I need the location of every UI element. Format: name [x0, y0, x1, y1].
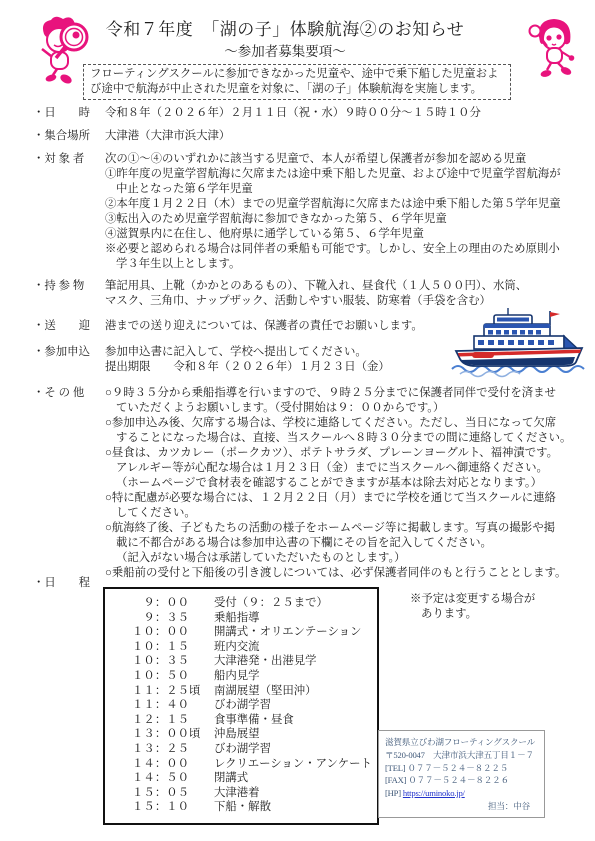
text-line: アレルギー等が心配な場合は１月２３日（金）までに当スクールへ御連絡ください。	[105, 461, 581, 476]
text-line: 提出期限 令和８年（２０２６年）１月２３日（金）	[105, 360, 581, 375]
text-line: ※必要と認められる場合は同伴者の乗船も可能です。しかし、安全上の理由のため原則小	[105, 242, 581, 257]
schedule-time: １３：２５	[131, 742, 189, 757]
schedule-time-suffix: 頃	[189, 684, 202, 699]
schedule-time: ９：３５	[131, 611, 189, 626]
section-label: ・参加申込	[33, 345, 105, 375]
text-line: ○特に配慮が必要な場合には、１２月２２日（月）までに学校を通じて当スクールに連絡	[105, 491, 581, 506]
text-line: ①昨年度の児童学習航海に欠席または途中乗下船した児童、および途中で児童学習航海が	[105, 167, 581, 182]
contact-name: 滋賀県立びわ湖フローティングスクール	[385, 736, 538, 749]
text-line: 載に不都合がある場合は参加申込書の下欄にその旨を記入してください。	[105, 536, 581, 551]
schedule-time-suffix: 頃	[189, 727, 202, 742]
text-line: 学３年生以上とします。	[105, 257, 581, 272]
page-subtitle: ～参加者募集要項～	[75, 40, 495, 60]
text-line: 次の①～④のいずれかに該当する児童で、本人が希望し保護者が参加を認める児童	[105, 152, 581, 167]
contact-address: 〒520-0047 大津市浜大津五丁目１－７	[385, 749, 538, 762]
schedule-time-suffix	[189, 654, 202, 669]
text-line: 大津港（大津市浜大津）	[105, 129, 581, 144]
schedule-table: ９：００受付（９：２５まで） ９：３５乗船指導 １０：００開講式・オリエンテーシ…	[103, 587, 379, 825]
schedule-row: ９：３５乗船指導	[131, 611, 377, 626]
text-line: ○昼食は、カツカレー（ポークカツ）、ポテトサラダ、プレーンヨーグルト、福神漬です…	[105, 446, 581, 461]
schedule-time-suffix	[189, 713, 202, 728]
schedule-activity: レクリエーション・アンケート	[214, 757, 372, 772]
section-label: ・日 程	[33, 576, 105, 591]
schedule-activity: 沖島展望	[214, 727, 260, 742]
text-line: ③転出入のため児童学習航海に参加できなかった第５、６学年児童	[105, 212, 581, 227]
schedule-activity: 大津港発・出港見学	[214, 654, 317, 669]
schedule-time-suffix	[189, 596, 202, 611]
schedule-activity: 食事準備・昼食	[214, 713, 294, 728]
schedule-time-suffix	[189, 611, 202, 626]
schedule-time: １０：００	[131, 625, 189, 640]
text-line: ④滋賀県内に在住し、他府県に通学している第５、６学年児童	[105, 227, 581, 242]
schedule-time: １１：４０	[131, 698, 189, 713]
text-line: ○９時３５分から乗船指導を行いますので、９時２５分までに保護者同伴で受付を済ませ	[105, 386, 581, 401]
schedule-time-suffix	[189, 625, 202, 640]
schedule-activity: 南湖展望（堅田沖）	[214, 684, 317, 699]
text-line: ていただくようお願いします。（受付開始は９：００からです。）	[105, 401, 581, 416]
section-label: ・日 時	[33, 106, 105, 121]
text-line: 中止となった第６学年児童	[105, 182, 581, 197]
schedule-time: １０：１５	[131, 640, 189, 655]
schedule-note: ※予定は変更する場合が あります。	[410, 592, 535, 622]
schedule-time: １４：５０	[131, 771, 189, 786]
schedule-row: １５：０５大津港着	[131, 786, 377, 801]
schedule-time-suffix	[189, 786, 202, 801]
fax-label: [FAX]	[385, 775, 406, 785]
section-meeting-place: ・集合場所 大津港（大津市浜大津）	[33, 129, 581, 144]
text-line: マスク、三角巾、ナップザック、活動しやすい服装、防寒着（手袋を含む）	[105, 294, 581, 309]
fax-number: ０７７－５２４－８２２６	[408, 775, 509, 785]
schedule-activity: 大津港着	[214, 786, 260, 801]
mascot-girl-icon	[520, 16, 592, 80]
section-datetime: ・日 時 令和８年（２０２６年）２月１１日（祝・水）９時００分～１５時１０分	[33, 106, 581, 121]
schedule-time-suffix	[189, 800, 202, 815]
schedule-time-suffix	[189, 669, 202, 684]
schedule-time: １４：００	[131, 757, 189, 772]
schedule-time: １０：３５	[131, 654, 189, 669]
section-application: ・参加申込 参加申込書に記入して、学校へ提出してください。 提出期限 令和８年（…	[33, 345, 581, 375]
schedule-row: １４：５０閉講式	[131, 771, 377, 786]
schedule-row: １１：２５頃南湖展望（堅田沖）	[131, 684, 377, 699]
schedule-time-suffix	[189, 698, 202, 713]
section-label: ・送 迎	[33, 319, 105, 334]
section-label: ・対 象 者	[33, 152, 105, 272]
schedule-activity: 乗船指導	[214, 611, 260, 626]
notice-page: 令和７年度 「湖の子」体験航海②のお知らせ ～参加者募集要項～ フローティングス…	[0, 0, 595, 841]
section-belongings: ・持 参 物 筆記用具、上靴（かかとのあるもの）、下靴入れ、昼食代（１人５００円…	[33, 279, 581, 309]
text-line: してください。	[105, 506, 581, 521]
schedule-row: １３：２５びわ湖学習	[131, 742, 377, 757]
contact-tel-line: [TEL] ０７７－５２４－８２２５	[385, 762, 538, 775]
section-pickup: ・送 迎 港までの送り迎えについては、保護者の責任でお願いします。	[33, 319, 581, 334]
section-other: ・そ の 他 ○９時３５分から乗船指導を行いますので、９時２５分までに保護者同伴…	[33, 386, 581, 581]
schedule-row: １１：４０びわ湖学習	[131, 698, 377, 713]
text-line: ②本年度１月２２日（木）までの児童学習航海に欠席または途中乗下船した第５学年児童	[105, 197, 581, 212]
contact-box: 滋賀県立びわ湖フローティングスクール 〒520-0047 大津市浜大津五丁目１－…	[378, 730, 545, 818]
schedule-time: １０：５０	[131, 669, 189, 684]
schedule-activity: びわ湖学習	[214, 742, 271, 757]
homepage-link[interactable]: https://uminoko.jp/	[403, 788, 465, 798]
schedule-row: １５：１０下船・解散	[131, 800, 377, 815]
text-line: ○航海終了後、子どもたちの活動の様子をホームページ等に掲載します。写真の撮影や掲	[105, 521, 581, 536]
schedule-row: １０：５０船内見学	[131, 669, 377, 684]
text-line: 令和８年（２０２６年）２月１１日（祝・水）９時００分～１５時１０分	[105, 106, 581, 121]
schedule-activity: 船内見学	[214, 669, 260, 684]
text-line: 港までの送り迎えについては、保護者の責任でお願いします。	[105, 319, 581, 334]
schedule-time-suffix	[189, 742, 202, 757]
page-title: 令和７年度 「湖の子」体験航海②のお知らせ	[75, 15, 495, 40]
hp-label: [HP]	[385, 788, 401, 798]
schedule-row: １４：００レクリエーション・アンケート	[131, 757, 377, 772]
section-label: ・そ の 他	[33, 386, 105, 581]
section-label: ・集合場所	[33, 129, 105, 144]
schedule-activity: 班内交流	[214, 640, 260, 655]
contact-hp-line: [HP] https://uminoko.jp/	[385, 787, 538, 800]
section-label: ・持 参 物	[33, 279, 105, 309]
text-line: ※予定は変更する場合が	[410, 592, 535, 607]
text-line: ○参加申込み後、欠席する場合は、学校に連絡してください。ただし、当日になって欠席	[105, 416, 581, 431]
schedule-row: １２：１５食事準備・昼食	[131, 713, 377, 728]
schedule-time: １３：００	[131, 727, 189, 742]
schedule-row: ９：００受付（９：２５まで）	[131, 596, 377, 611]
schedule-activity: 開講式・オリエンテーション	[214, 625, 361, 640]
schedule-row: １３：００頃沖島展望	[131, 727, 377, 742]
section-target: ・対 象 者 次の①～④のいずれかに該当する児童で、本人が希望し保護者が参加を認…	[33, 152, 581, 272]
schedule-row: １０：１５班内交流	[131, 640, 377, 655]
schedule-time: １２：１５	[131, 713, 189, 728]
text-line: 参加申込書に記入して、学校へ提出してください。	[105, 345, 581, 360]
intro-box: フローティングスクールに参加できなかった児童や、途中で乗下船した児童およ び途中…	[83, 64, 511, 100]
schedule-activity: 閉講式	[214, 771, 248, 786]
text-line: （記入がない場合は承諾していただいたものとします。）	[105, 551, 581, 566]
intro-line: フローティングスクールに参加できなかった児童や、途中で乗下船した児童およ	[90, 67, 504, 82]
text-line: あります。	[410, 607, 535, 622]
schedule-activity: 受付（９：２５まで）	[214, 596, 328, 611]
schedule-time-suffix	[189, 771, 202, 786]
schedule-time: ９：００	[131, 596, 189, 611]
schedule-time: １５：１０	[131, 800, 189, 815]
text-line: （ホームページで食材表を確認することができますが基本は除去対応となります。）	[105, 476, 581, 491]
tel-number: ０７７－５２４－８２２５	[407, 763, 508, 773]
intro-line: び途中で航海が中止された児童を対象に、「湖の子」体験航海を実施します。	[90, 82, 504, 97]
schedule-activity: 下船・解散	[214, 800, 271, 815]
contact-staff: 担当：中谷	[385, 800, 538, 813]
tel-label: [TEL]	[385, 763, 405, 773]
text-line: することになった場合は、直接、当スクールへ８時３０分までの間に連絡してください。	[105, 431, 581, 446]
schedule-time-suffix	[189, 640, 202, 655]
schedule-row: １０：００開講式・オリエンテーション	[131, 625, 377, 640]
schedule-time: １１：２５	[131, 684, 189, 699]
schedule-activity: びわ湖学習	[214, 698, 271, 713]
text-line: 筆記用具、上靴（かかとのあるもの）、下靴入れ、昼食代（１人５００円）、水筒、	[105, 279, 581, 294]
contact-fax-line: [FAX] ０７７－５２４－８２２６	[385, 774, 538, 787]
schedule-time-suffix	[189, 757, 202, 772]
schedule-row: １０：３５大津港発・出港見学	[131, 654, 377, 669]
schedule-time: １５：０５	[131, 786, 189, 801]
